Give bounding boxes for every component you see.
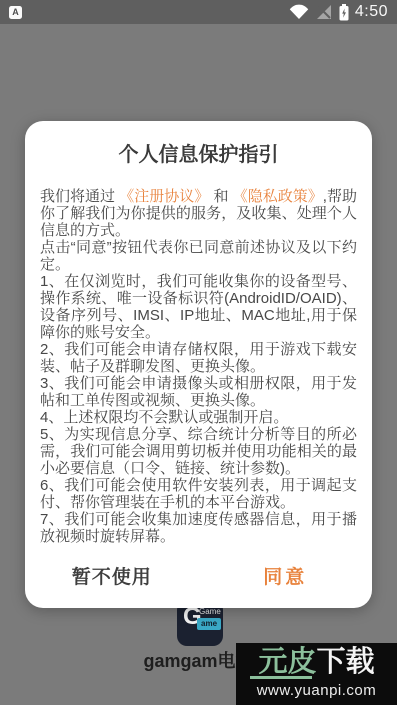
intro-paragraph: 我们将通过 《注册协议》 和 《隐私政策》,帮助你了解我们为你提供的服务，及收集…: [40, 188, 357, 239]
status-bar-right: 4:50: [289, 3, 388, 21]
watermark-url: www.yuanpi.com: [257, 682, 377, 699]
policy-item-7: 7、我们可能会收集加速度传感器信息，用于播放视频时旋转屏幕。: [40, 511, 357, 545]
status-bar-left: A: [9, 6, 22, 19]
register-agreement-link[interactable]: 《注册协议》: [119, 188, 209, 205]
clock: 4:50: [355, 3, 388, 21]
dialog-title: 个人信息保护指引: [25, 143, 372, 167]
policy-item-3: 3、我们可能会申请摄像头或相册权限，用于发帖和工单传图或视频、更换头像。: [40, 375, 357, 409]
policy-item-5: 5、为实现信息分享、综合统计分析等目的所必需，我们可能会调用剪切板并使用功能相关…: [40, 426, 357, 477]
intro-text-pre: 我们将通过: [40, 188, 119, 205]
dialog-body: 我们将通过 《注册协议》 和 《隐私政策》,帮助你了解我们为你提供的服务，及收集…: [40, 188, 357, 545]
watermark-brand-green: 元皮: [258, 646, 316, 678]
no-signal-icon: [315, 4, 333, 20]
notification-app-icon: A: [9, 6, 22, 19]
policy-item-4: 4、上述权限均不会默认或强制开启。: [40, 409, 357, 426]
privacy-policy-link[interactable]: 《隐私政策》: [233, 188, 323, 205]
site-watermark: 元皮下载 www.yuanpi.com: [236, 643, 397, 705]
watermark-brand: 元皮下载: [258, 647, 374, 677]
wifi-icon: [289, 4, 309, 20]
privacy-guide-dialog: 个人信息保护指引 我们将通过 《注册协议》 和 《隐私政策》,帮助你了解我们为你…: [25, 121, 372, 608]
notification-letter: A: [12, 8, 19, 17]
dialog-button-row: 暂不使用 同意: [25, 565, 372, 591]
agree-note: 点击“同意”按钮代表你已同意前述协议及以下约定。: [40, 239, 357, 273]
phone-screen: A 4:50 G Game ame gamgam电竞 个人信息保护指引: [0, 0, 397, 705]
decline-button[interactable]: 暂不使用: [25, 565, 199, 591]
policy-item-2: 2、我们可能会申请存储权限，用于游戏下载安装、帖子及群聊发图、更换头像。: [40, 341, 357, 375]
status-bar: A 4:50: [0, 0, 397, 24]
logo-word-ame: ame: [197, 618, 221, 630]
watermark-underline: [250, 676, 312, 679]
logo-word-game: Game: [199, 608, 221, 616]
watermark-brand-white: 下载: [317, 646, 375, 678]
intro-text-mid: 和: [209, 188, 232, 205]
policy-item-1: 1、在仅浏览时，我们可能收集你的设备型号、操作系统、唯一设备标识符(Androi…: [40, 273, 357, 341]
policy-item-6: 6、我们可能会使用软件安装列表，用于调起支付、帮你管理装在手机的本平台游戏。: [40, 477, 357, 511]
battery-charging-icon: [339, 4, 349, 21]
agree-button[interactable]: 同意: [199, 565, 373, 591]
